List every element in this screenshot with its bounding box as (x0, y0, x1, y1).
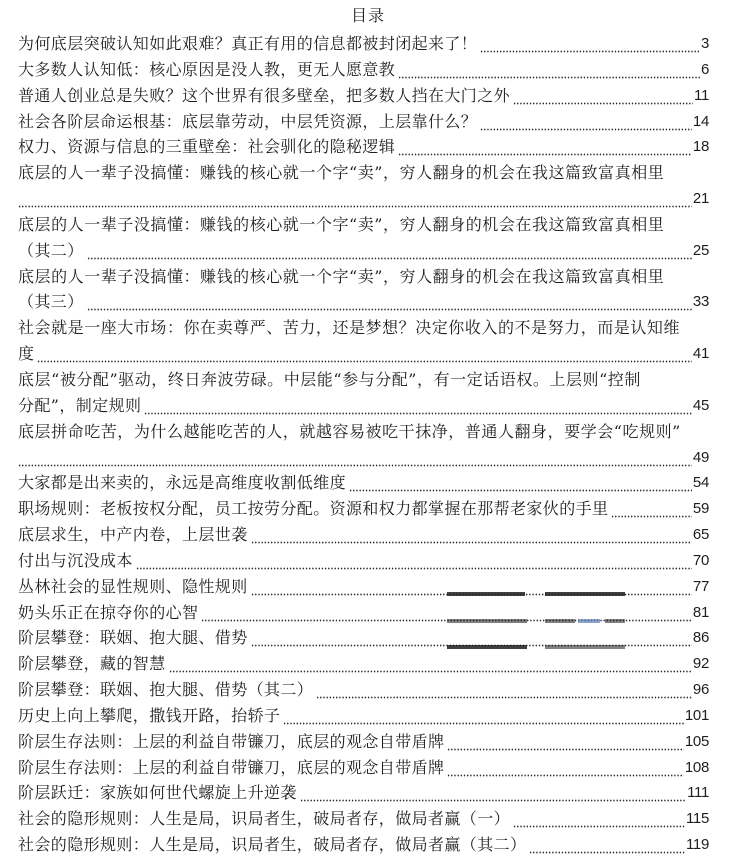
toc-entry-line: 阶层生存法则：上层的利益自带镰刀，底层的观念自带盾牌105 (18, 729, 709, 755)
toc-entry-title: 为何底层突破认知如此艰难？真正有用的信息都被封闭起来了！ (18, 31, 477, 57)
toc-entry[interactable]: 职场规则：老板按权分配，员工按劳分配。资源和权力都掌握在那帮老家伙的手里59 (18, 496, 709, 522)
toc-entry-title: 社会的隐形规则：人生是局，识局者生，破局者存，做局者赢（一） (18, 806, 510, 832)
toc-entry[interactable]: 普通人创业总是失败？这个世界有很多壁垒，把多数人挡在大门之外11 (18, 83, 709, 109)
scan-artifact (545, 592, 625, 596)
toc-entry-title: 分配”，制定规则 (18, 393, 141, 419)
toc-entry-line: （其三）33 (18, 289, 709, 315)
toc-page-number: 18 (693, 134, 709, 160)
toc-page-number: 11 (694, 83, 709, 109)
toc-page-number: 3 (701, 31, 709, 57)
toc-entry-title: 阶层生存法则：上层的利益自带镰刀，底层的观念自带盾牌 (18, 755, 444, 781)
toc-page-number: 21 (693, 186, 709, 212)
toc-page-number: 14 (693, 109, 709, 135)
toc-entry[interactable]: 社会的隐形规则：人生是局，识局者生，破局者存，做局者赢（一）115 (18, 806, 709, 832)
toc-entry-title: 阶层攀登：联姻、抱大腿、借势（其二） (18, 677, 313, 703)
toc-entry-title: 普通人创业总是失败？这个世界有很多壁垒，把多数人挡在大门之外 (18, 83, 510, 109)
toc-page-number: 45 (693, 393, 709, 419)
toc-entry[interactable]: 社会的隐形规则：人生是局，识局者生，破局者存，做局者赢（其二）119 (18, 832, 709, 858)
toc-entry-line: 底层的人一辈子没搞懂：赚钱的核心就一个字“卖”，穷人翻身的机会在我这篇致富真相里 (18, 212, 709, 238)
toc-entry-title: 社会各阶层命运根基：底层靠劳动，中层凭资源，上层靠什么？ (18, 109, 477, 135)
dot-leader (18, 445, 692, 471)
dot-leader (144, 393, 692, 419)
dot-leader (611, 496, 692, 522)
toc-entry-title: 丛林社会的显性规则、隐性规则 (18, 574, 248, 600)
toc-entry-line: 底层“被分配”驱动，终日奔波劳碌。中层能“参与分配”，有一定话语权。上层则“控制 (18, 367, 709, 393)
toc-entry-title: 度 (18, 341, 34, 367)
toc-page-number: 101 (685, 703, 709, 729)
toc-entry[interactable]: 底层求生，中产内卷，上层世袭65 (18, 522, 709, 548)
toc-entry-title: 底层的人一辈子没搞懂：赚钱的核心就一个字“卖”，穷人翻身的机会在我这篇致富真相里 (18, 212, 664, 238)
dot-leader (398, 57, 700, 83)
toc-page-number: 105 (685, 729, 709, 755)
toc-entry-line: 职场规则：老板按权分配，员工按劳分配。资源和权力都掌握在那帮老家伙的手里59 (18, 496, 709, 522)
toc-page-number: 49 (693, 445, 709, 471)
dot-leader (87, 238, 692, 264)
toc-entry-title: 社会就是一座大市场：你在卖尊严、苦力，还是梦想？决定你收入的不是努力，而是认知维 (18, 315, 680, 341)
toc-entry-line: 底层的人一辈子没搞懂：赚钱的核心就一个字“卖”，穷人翻身的机会在我这篇致富真相里 (18, 160, 709, 186)
toc-page-number: 108 (685, 755, 709, 781)
toc-page-number: 81 (693, 600, 709, 626)
toc-page-number: 70 (693, 548, 709, 574)
dot-leader (513, 806, 685, 832)
toc-page-number: 77 (693, 574, 709, 600)
toc-entry-line: 社会的隐形规则：人生是局，识局者生，破局者存，做局者赢（一）115 (18, 806, 709, 832)
toc-page-number: 33 (693, 289, 709, 315)
toc-entry[interactable]: 为何底层突破认知如此艰难？真正有用的信息都被封闭起来了！3 (18, 31, 709, 57)
toc-entry-title: 奶头乐正在掠夺你的心智 (18, 600, 198, 626)
toc-entry[interactable]: 底层拼命吃苦，为什么越能吃苦的人，就越容易被吃干抹净，普通人翻身，要学会“吃规则… (18, 419, 709, 471)
dot-leader (251, 522, 692, 548)
toc-entry-title: 大多数人认知低：核心原因是没人教，更无人愿意教 (18, 57, 395, 83)
dot-leader (480, 109, 692, 135)
scan-artifact (447, 645, 527, 649)
toc-entry[interactable]: 底层的人一辈子没搞懂：赚钱的核心就一个字“卖”，穷人翻身的机会在我这篇致富真相里… (18, 160, 709, 212)
toc-entry[interactable]: 大家都是出来卖的，永远是高维度收割低维度54 (18, 470, 709, 496)
toc-entry-title: 付出与沉没成本 (18, 548, 133, 574)
toc-page-number: 65 (693, 522, 709, 548)
toc-entry-title: 阶层跃迁：家族如何世代螺旋上升逆袭 (18, 780, 297, 806)
toc-page-number: 96 (693, 677, 709, 703)
document-page: 目录 为何底层突破认知如此艰难？真正有用的信息都被封闭起来了！3大多数人认知低：… (0, 0, 736, 864)
toc-page-number: 86 (693, 625, 709, 651)
toc-entry-line: 底层拼命吃苦，为什么越能吃苦的人，就越容易被吃干抹净，普通人翻身，要学会“吃规则… (18, 419, 709, 445)
toc-entry-title: 底层的人一辈子没搞懂：赚钱的核心就一个字“卖”，穷人翻身的机会在我这篇致富真相里 (18, 160, 664, 186)
toc-entry-title: 底层“被分配”驱动，终日奔波劳碌。中层能“参与分配”，有一定话语权。上层则“控制 (18, 367, 641, 393)
toc-entry[interactable]: 付出与沉没成本70 (18, 548, 709, 574)
toc-page-number: 41 (693, 341, 709, 367)
toc-entry-line: 49 (18, 445, 709, 471)
dot-leader (300, 780, 686, 806)
toc-entry[interactable]: 底层的人一辈子没搞懂：赚钱的核心就一个字“卖”，穷人翻身的机会在我这篇致富真相里… (18, 264, 709, 316)
dot-leader (316, 677, 692, 703)
toc-entry-line: 大多数人认知低：核心原因是没人教，更无人愿意教6 (18, 57, 709, 83)
toc-entry-title: 社会的隐形规则：人生是局，识局者生，破局者存，做局者赢（其二） (18, 832, 526, 858)
toc-entry-line: 底层求生，中产内卷，上层世袭65 (18, 522, 709, 548)
dot-leader (283, 703, 683, 729)
toc-entry-title: 阶层生存法则：上层的利益自带镰刀，底层的观念自带盾牌 (18, 729, 444, 755)
toc-entry-title: 底层求生，中产内卷，上层世袭 (18, 522, 248, 548)
dot-leader (513, 83, 693, 109)
toc-entry[interactable]: 阶层生存法则：上层的利益自带镰刀，底层的观念自带盾牌105 (18, 729, 709, 755)
toc-entry-title: 阶层攀登，藏的智慧 (18, 651, 166, 677)
scan-artifact (447, 592, 525, 596)
toc-entry-line: （其二）25 (18, 238, 709, 264)
toc-entry[interactable]: 底层“被分配”驱动，终日奔波劳碌。中层能“参与分配”，有一定话语权。上层则“控制… (18, 367, 709, 419)
scan-artifact (447, 619, 527, 623)
dot-leader (529, 832, 685, 858)
toc-entry-line: 普通人创业总是失败？这个世界有很多壁垒，把多数人挡在大门之外11 (18, 83, 709, 109)
toc-entry-title: （其三） (18, 289, 84, 315)
toc-entry-line: 21 (18, 186, 709, 212)
dot-leader (349, 470, 692, 496)
scan-artifact (605, 619, 625, 623)
dot-leader (136, 548, 692, 574)
toc-page-number: 92 (693, 651, 709, 677)
scan-artifact (545, 645, 625, 649)
toc-title: 目录 (0, 5, 736, 27)
toc-page-number: 25 (693, 238, 709, 264)
toc-entry[interactable]: 阶层生存法则：上层的利益自带镰刀，底层的观念自带盾牌108 (18, 755, 709, 781)
dot-leader (480, 31, 700, 57)
toc-page-number: 59 (693, 496, 709, 522)
toc-entry-line: 权力、资源与信息的三重壁垒：社会驯化的隐秘逻辑18 (18, 134, 709, 160)
dot-leader (398, 134, 692, 160)
toc-page-number: 6 (701, 57, 709, 83)
toc-entry-title: 阶层攀登：联姻、抱大腿、借势 (18, 625, 248, 651)
toc-entry-line: 阶层生存法则：上层的利益自带镰刀，底层的观念自带盾牌108 (18, 755, 709, 781)
toc-entry-line: 为何底层突破认知如此艰难？真正有用的信息都被封闭起来了！3 (18, 31, 709, 57)
toc-entry-title: 职场规则：老板按权分配，员工按劳分配。资源和权力都掌握在那帮老家伙的手里 (18, 496, 608, 522)
toc-entry-title: 大家都是出来卖的，永远是高维度收割低维度 (18, 470, 346, 496)
toc-entry-line: 阶层跃迁：家族如何世代螺旋上升逆袭111 (18, 780, 709, 806)
toc-entry-title: 底层的人一辈子没搞懂：赚钱的核心就一个字“卖”，穷人翻身的机会在我这篇致富真相里 (18, 264, 664, 290)
scan-artifact (545, 619, 575, 623)
toc-entry[interactable]: 历史上向上攀爬，撒钱开路，抬轿子101 (18, 703, 709, 729)
dot-leader (169, 651, 692, 677)
dot-leader (447, 755, 683, 781)
toc-entry-line: 大家都是出来卖的，永远是高维度收割低维度54 (18, 470, 709, 496)
toc-entry-title: 历史上向上攀爬，撒钱开路，抬轿子 (18, 703, 280, 729)
toc-entry-title: （其二） (18, 238, 84, 264)
toc-page-number: 111 (687, 780, 709, 806)
dot-leader (87, 289, 692, 315)
toc-list: 为何底层突破认知如此艰难？真正有用的信息都被封闭起来了！3大多数人认知低：核心原… (18, 31, 709, 858)
toc-entry-title: 权力、资源与信息的三重壁垒：社会驯化的隐秘逻辑 (18, 134, 395, 160)
toc-page-number: 119 (686, 832, 709, 858)
toc-entry[interactable]: 社会各阶层命运根基：底层靠劳动，中层凭资源，上层靠什么？14 (18, 109, 709, 135)
toc-entry-line: 底层的人一辈子没搞懂：赚钱的核心就一个字“卖”，穷人翻身的机会在我这篇致富真相里 (18, 264, 709, 290)
toc-entry[interactable]: 权力、资源与信息的三重壁垒：社会驯化的隐秘逻辑18 (18, 134, 709, 160)
toc-entry-line: 阶层攀登，藏的智慧92 (18, 651, 709, 677)
toc-entry[interactable]: 社会就是一座大市场：你在卖尊严、苦力，还是梦想？决定你收入的不是努力，而是认知维… (18, 315, 709, 367)
toc-entry-line: 历史上向上攀爬，撒钱开路，抬轿子101 (18, 703, 709, 729)
dot-leader (447, 729, 683, 755)
toc-entry[interactable]: 底层的人一辈子没搞懂：赚钱的核心就一个字“卖”，穷人翻身的机会在我这篇致富真相里… (18, 212, 709, 264)
dot-leader (37, 341, 692, 367)
toc-entry[interactable]: 大多数人认知低：核心原因是没人教，更无人愿意教6 (18, 57, 709, 83)
toc-entry-line: 社会就是一座大市场：你在卖尊严、苦力，还是梦想？决定你收入的不是努力，而是认知维 (18, 315, 709, 341)
toc-entry-line: 付出与沉没成本70 (18, 548, 709, 574)
toc-entry-line: 阶层攀登：联姻、抱大腿、借势（其二）96 (18, 677, 709, 703)
toc-entry[interactable]: 阶层跃迁：家族如何世代螺旋上升逆袭111 (18, 780, 709, 806)
toc-entry-line: 度41 (18, 341, 709, 367)
toc-entry[interactable]: 阶层攀登：联姻、抱大腿、借势（其二）96 (18, 677, 709, 703)
toc-entry-title: 底层拼命吃苦，为什么越能吃苦的人，就越容易被吃干抹净，普通人翻身，要学会“吃规则… (18, 419, 681, 445)
toc-entry-line: 社会各阶层命运根基：底层靠劳动，中层凭资源，上层靠什么？14 (18, 109, 709, 135)
toc-page-number: 54 (693, 470, 709, 496)
toc-entry-line: 社会的隐形规则：人生是局，识局者生，破局者存，做局者赢（其二）119 (18, 832, 709, 858)
dot-leader (18, 186, 692, 212)
toc-page-number: 115 (686, 806, 709, 832)
toc-entry[interactable]: 阶层攀登，藏的智慧92 (18, 651, 709, 677)
scan-artifact (578, 619, 600, 623)
toc-entry-line: 分配”，制定规则45 (18, 393, 709, 419)
